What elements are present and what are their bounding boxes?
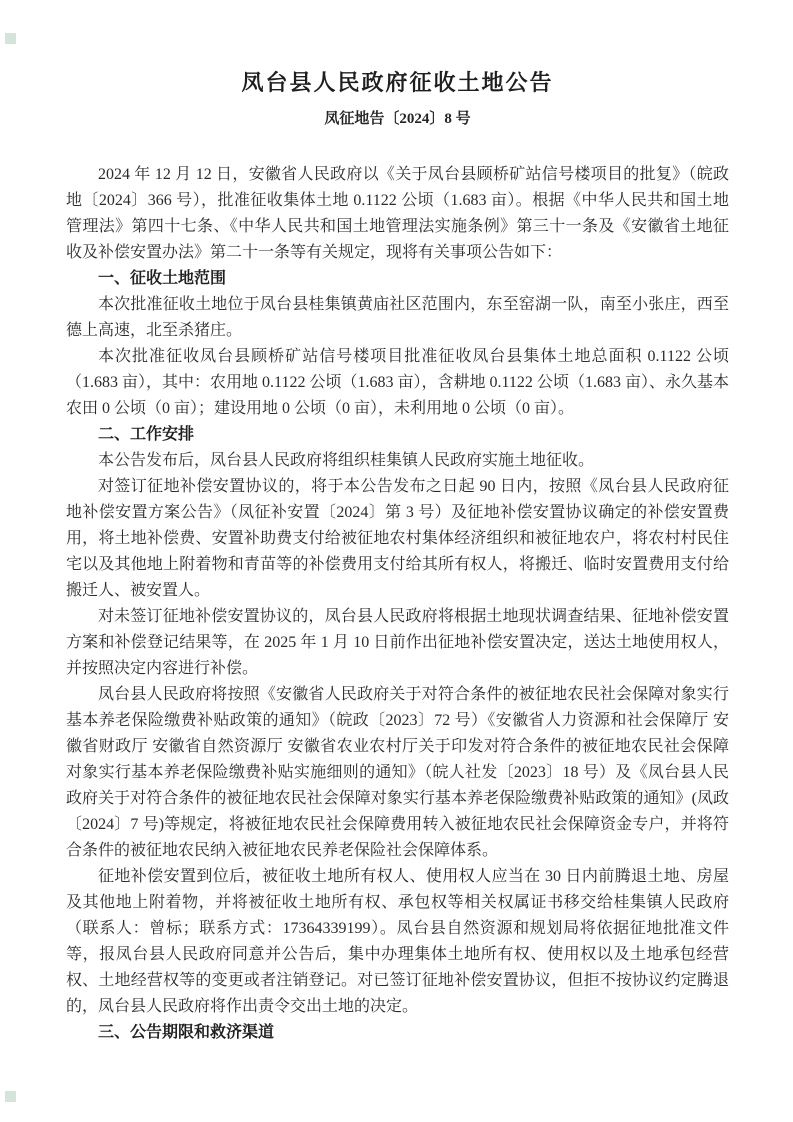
paragraph-unsigned-agreements: 对未签订征地补偿安置协议的，凤台县人民政府将根据土地现状调查结果、征地补偿安置方…	[66, 604, 729, 682]
section-heading-2: 二、工作安排	[66, 422, 729, 448]
paragraph-scope-location: 本次批准征收土地位于凤台县桂集镇黄庙社区范围内，东至窑湖一队，南至小张庄，西至德…	[66, 292, 729, 344]
paragraph-social-security: 凤台县人民政府将按照《安徽省人民政府关于对符合条件的被征地农民社会保障对象实行基…	[66, 682, 729, 864]
paragraph-implementation: 本公告发布后，凤台县人民政府将组织桂集镇人民政府实施土地征收。	[66, 448, 729, 474]
paragraph-intro: 2024 年 12 月 12 日，安徽省人民政府以《关于凤台县顾桥矿站信号楼项目…	[66, 162, 729, 266]
announcement-page: 凤台县人民政府征收土地公告 凤征地告〔2024〕8 号 2024 年 12 月 …	[0, 0, 793, 1122]
section-heading-3: 三、公告期限和救济渠道	[66, 1020, 729, 1046]
scan-artifact	[5, 1091, 16, 1102]
scan-artifact	[5, 33, 16, 44]
document-number: 凤征地告〔2024〕8 号	[66, 107, 729, 128]
page-title: 凤台县人民政府征收土地公告	[66, 66, 729, 97]
paragraph-signed-agreements: 对签订征地补偿安置协议的，将于本公告发布之日起 90 日内，按照《凤台县人民政府…	[66, 474, 729, 604]
document-body: 2024 年 12 月 12 日，安徽省人民政府以《关于凤台县顾桥矿站信号楼项目…	[66, 162, 729, 1046]
paragraph-scope-area: 本次批准征收凤台县顾桥矿站信号楼项目批准征收凤台县集体土地总面积 0.1122 …	[66, 344, 729, 422]
paragraph-handover: 征地补偿安置到位后，被征收土地所有权人、使用权人应当在 30 日内前腾退土地、房…	[66, 864, 729, 1020]
section-heading-1: 一、征收土地范围	[66, 266, 729, 292]
